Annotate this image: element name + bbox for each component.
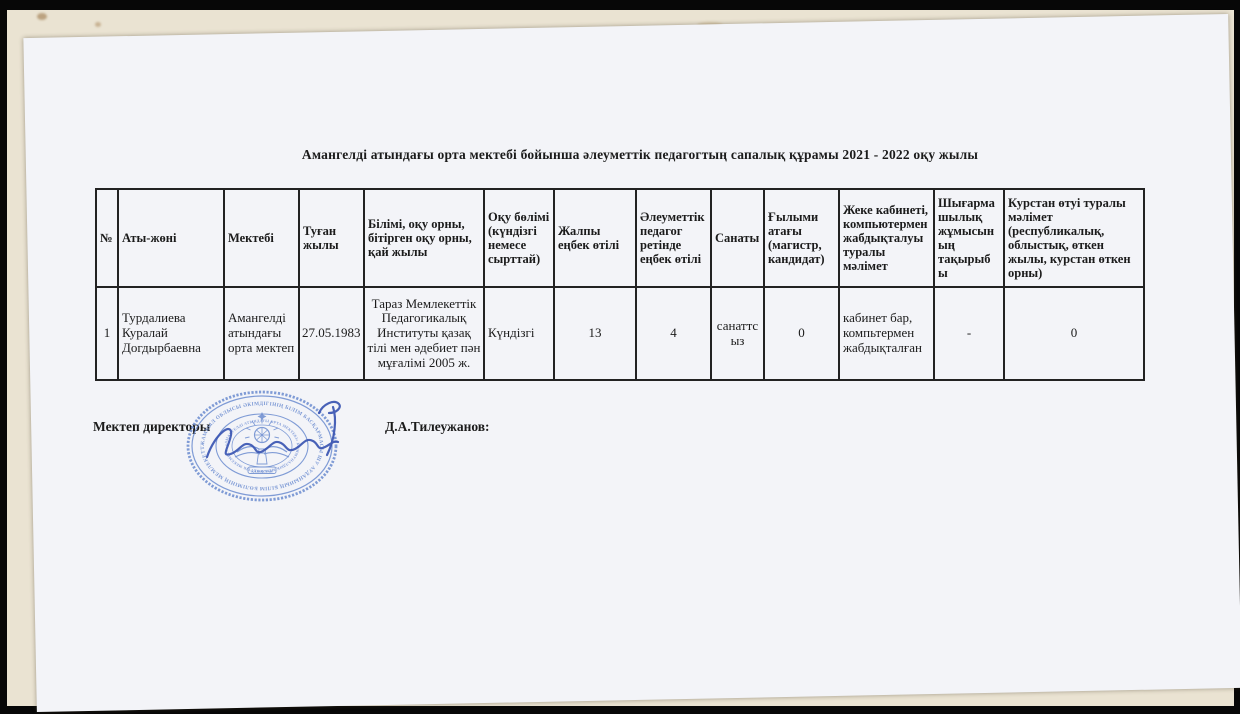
col-header-category: Санаты xyxy=(711,189,764,287)
cell-category: санаттсыз xyxy=(711,287,764,380)
stamp-ring xyxy=(192,396,332,496)
cell-cabinet: кабинет бар, компьтермен жабдықталған xyxy=(839,287,934,380)
col-header-creative-work: Шығармашылық жұмысының тақырыбы xyxy=(934,189,1004,287)
cell-creative-work: - xyxy=(934,287,1004,380)
staff-quality-table: № Аты-жөні Мектебі Туған жылы Білімі, оқ… xyxy=(95,188,1145,381)
col-header-name: Аты-жөні xyxy=(118,189,224,287)
cell-science-degree: 0 xyxy=(764,287,839,380)
cell-birth-year: 27.05.1983 xyxy=(299,287,364,380)
col-header-education: Білімі, оқу орны, бітірген оқу орны, қай… xyxy=(364,189,484,287)
cell-courses: 0 xyxy=(1004,287,1144,380)
cell-education: Тараз Мемлекеттік Педагогикалық Институт… xyxy=(364,287,484,380)
table-row: 1 Турдалиева Куралай Догдырбаевна Аманге… xyxy=(96,287,1144,380)
cell-number: 1 xyxy=(96,287,118,380)
header-row: № Аты-жөні Мектебі Туған жылы Білімі, оқ… xyxy=(96,189,1144,287)
cell-study-form: Күндізгі xyxy=(484,287,554,380)
col-header-study-form: Оқу бөлімі (күндізгі немесе сырттай) xyxy=(484,189,554,287)
col-header-pedagog-experience: Әлеуметтік педагог ретінде еңбек өтілі xyxy=(636,189,711,287)
col-header-number: № xyxy=(96,189,118,287)
col-header-total-experience: Жалпы еңбек өтілі xyxy=(554,189,636,287)
stamp-outer-ring xyxy=(188,392,336,500)
stamp-center-text: ҚАЗАҚСТАН xyxy=(251,469,273,473)
col-header-school: Мектебі xyxy=(224,189,299,287)
col-header-courses: Курстан өтуі туралы мәлімет (республикал… xyxy=(1004,189,1144,287)
document-title: Амангелді атындағы орта мектебі бойынша … xyxy=(95,147,1185,163)
cell-pedagog-experience: 4 xyxy=(636,287,711,380)
col-header-birth-year: Туған жылы xyxy=(299,189,364,287)
director-name: Д.А.Тилеужанов: xyxy=(385,419,490,435)
cell-name: Турдалиева Куралай Догдырбаевна xyxy=(118,287,224,380)
col-header-cabinet: Жеке кабинеті, компьютермен жабдықталуы … xyxy=(839,189,934,287)
document-content: Амангелді атындағы орта мектебі бойынша … xyxy=(0,0,1240,714)
cell-total-experience: 13 xyxy=(554,287,636,380)
cell-school: Амангелді атындағы орта мектеп xyxy=(224,287,299,380)
school-stamp: ЖАМБЫЛ ОБЛЫСЫ ӘКІМДІГІНІҢ БІЛІМ БАСҚАРМА… xyxy=(175,375,375,525)
col-header-science-degree: Ғылыми атағы (магистр, кандидат) xyxy=(764,189,839,287)
scanned-document-page: Амангелді атындағы орта мектебі бойынша … xyxy=(0,0,1240,714)
